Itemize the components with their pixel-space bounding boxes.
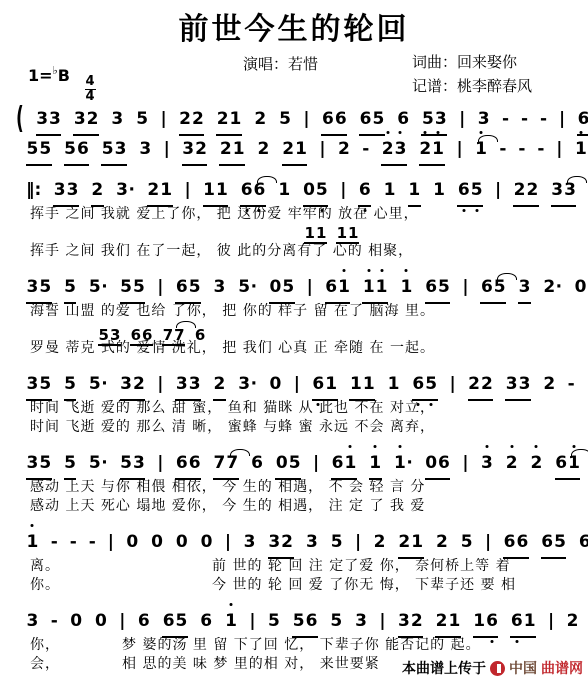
- system-4: 35 5 5· 53 | 66 77 6 05 | 61 1 1· 06 | 3…: [0, 448, 588, 516]
- key-letter: B: [58, 66, 70, 85]
- music-line-verse-2: 35 5 5· 55 | 65 3 5· 05 | 61 11 1 65 | 6…: [0, 272, 588, 302]
- music-line-verse-1: ‖: 33 2 3· 21 | 11 66 1 05 | 6 1 1 1 65 …: [0, 175, 588, 205]
- music-line-intro-1: ( 33 32 3 5 | 22 21 2 5 | 66 65 6 53 | 3…: [0, 104, 588, 134]
- system-3: 35 5 5· 32 | 33 2 3· 0 | 61 11 1 65 | 22…: [0, 369, 588, 437]
- music-line-chorus-1: 1 - - - | 0 0 0 0 | 3 32 3 5 | 2 21 2 5 …: [0, 527, 588, 557]
- time-bottom: 4: [85, 90, 96, 104]
- time-top: 4: [85, 75, 96, 90]
- site-name-part2: 曲谱网: [541, 658, 583, 678]
- lyric-line: 你，梦 婆的汤 里 留 下了回 忆， 下辈子你 能否记的 起。: [0, 636, 588, 655]
- music-line-intro-2: 55 56 53 3 | 32 21 2 21 | 2 - 23 21 | 1 …: [0, 134, 588, 164]
- lyric-line: 时间 飞逝 爱的 那么 清 晰， 蜜蜂 与蜂 蜜 永远 不会 离弃，: [0, 418, 588, 437]
- music-line-verse-3: 35 5 5· 32 | 33 2 3· 0 | 61 11 1 65 | 22…: [0, 369, 588, 399]
- watermark: 本曲谱上传于 中国曲谱网: [398, 658, 583, 678]
- lyric-phrase: 今 世的 轮 回 爱 了你无 悔， 下辈子还 要 相: [212, 577, 516, 593]
- key-time-signature: 1=♭B 4 4: [28, 64, 96, 103]
- lyric-line: 你。今 世的 轮 回 爱 了你无 悔， 下辈子还 要 相: [0, 576, 588, 595]
- lyric-line: 感动 上天 死心 塌地 爱你， 今 生的 相遇， 注 定 了 我 爱: [0, 497, 588, 516]
- lyric-phrase: 前 世的 轮 回 注 定了爱 你， 奈何桥上等 着: [212, 558, 511, 574]
- site-logo-icon: [490, 661, 505, 676]
- site-name-part1: 中国: [509, 658, 537, 678]
- extra-notes-line: 11 11: [278, 224, 588, 242]
- lyric-line: 挥手 之间 我就 爱上了你， 把 这份爱 牢牢的 放在 心里，: [0, 205, 588, 224]
- watermark-text: 本曲谱上传于: [402, 658, 486, 678]
- key-prefix: 1=: [28, 66, 53, 85]
- lyric-word: 会，: [30, 656, 60, 672]
- lyric-word: 你。: [30, 577, 60, 593]
- lyric-phrase: 相 思的美 味 梦 里的相 对， 来世要紧: [122, 656, 380, 672]
- system-1: ‖: 33 2 3· 21 | 11 66 1 05 | 6 1 1 1 65 …: [0, 175, 588, 261]
- lyric-line: 挥手 之间 我们 在了一起， 彼 此的分离有了 心的 相聚，: [0, 242, 588, 261]
- system-5: 1 - - - | 0 0 0 0 | 3 32 3 5 | 2 21 2 5 …: [0, 527, 588, 595]
- time-signature: 4 4: [85, 75, 96, 103]
- lyric-word: 离。: [30, 558, 60, 574]
- credit-composer: 词曲：回来娶你: [412, 51, 517, 72]
- sheet-music-page: 前世今生的轮回 1=♭B 4 4 演唱：若惜 词曲：回来娶你 记谱：桃李醉春风 …: [0, 0, 588, 681]
- extra-notes-line: 53 66 77 6: [72, 321, 588, 339]
- lyric-line: 感动 上天 与你 相偎 相依， 今 生的 相遇， 不 会 轻 言 分: [0, 478, 588, 497]
- credit-notator: 记谱：桃李醉春风: [412, 75, 532, 96]
- lyric-word: 你，: [30, 637, 60, 653]
- lyric-phrase: 梦 婆的汤 里 留 下了回 忆， 下辈子你 能否记的 起。: [122, 637, 481, 653]
- music-line-chorus-2: 3 - 0 0 | 6 65 6 1 | 5 56 5 3 | 32 21 16…: [0, 606, 588, 636]
- lyric-line: 罗曼 蒂克 式的 爱情 洗礼， 把 我们 心真 正 牵随 在 一起。: [0, 339, 588, 358]
- lyric-line: 时间 飞逝 爱的 那么 甜 蜜， 鱼和 猫眯 从 此也 不在 对立，: [0, 399, 588, 418]
- credit-singer: 演唱：若惜: [243, 53, 318, 74]
- lyric-line: 离。前 世的 轮 回 注 定了爱 你， 奈何桥上等 着: [0, 557, 588, 576]
- lyric-line: 海誓 山盟 的爱 也给 了你， 把 你的 样子 留 在了 脑海 里。: [0, 302, 588, 321]
- song-title: 前世今生的轮回: [0, 0, 588, 48]
- score-meta: 1=♭B 4 4 演唱：若惜 词曲：回来娶你 记谱：桃李醉春风: [0, 48, 588, 104]
- system-2: 35 5 5· 55 | 65 3 5· 05 | 61 11 1 65 | 6…: [0, 272, 588, 358]
- music-line-verse-4: 35 5 5· 53 | 66 77 6 05 | 61 1 1· 06 | 3…: [0, 448, 588, 478]
